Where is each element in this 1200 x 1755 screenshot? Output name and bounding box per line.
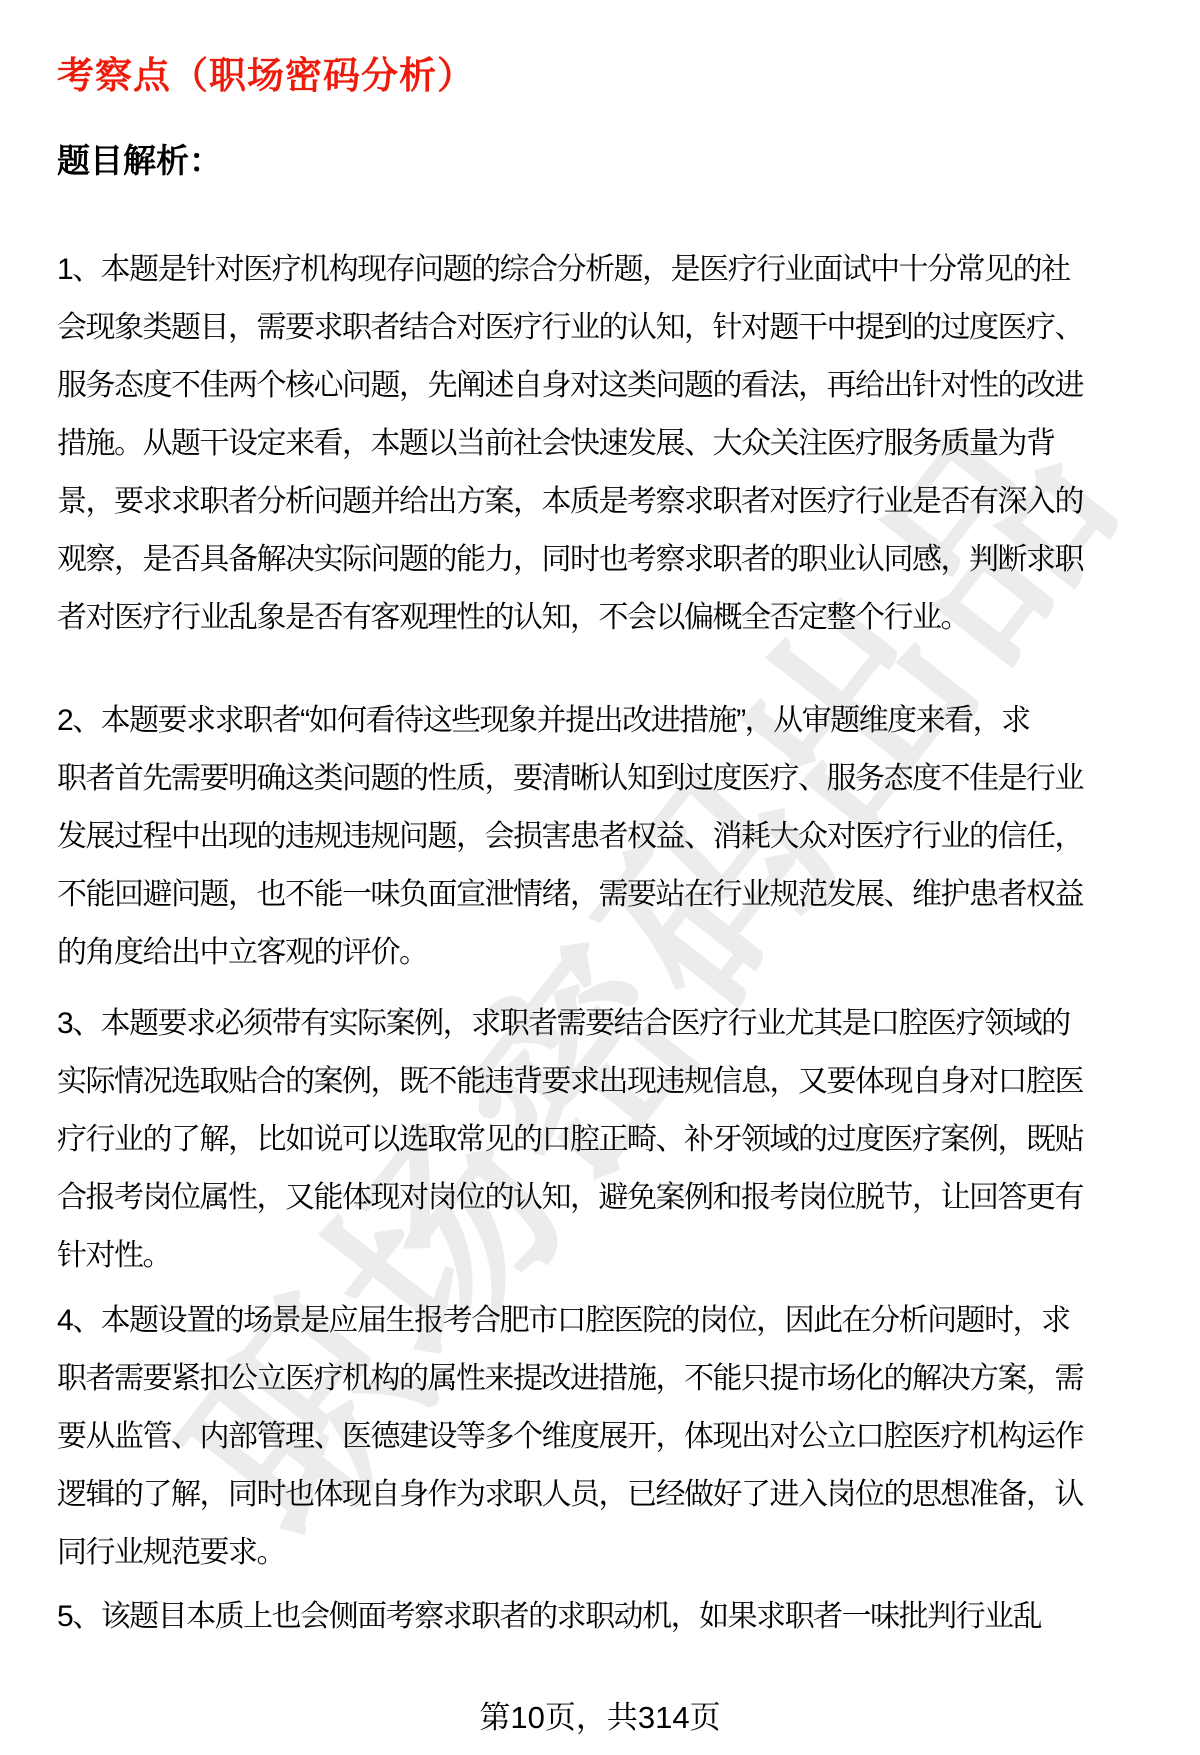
analysis-paragraphs: 1、本题是针对医疗机构现存问题的综合分析题，是医疗行业面试中十分常见的社会现象类…	[57, 241, 1110, 1646]
text-line: 4、本题设置的场景是应届生报考合肥市口腔医院的岗位，因此在分析问题时，求	[57, 1292, 1110, 1350]
text-line: 会现象类题目，需要求职者结合对医疗行业的认知，针对题干中提到的过度医疗、	[57, 299, 1110, 357]
text-line: 要从监管、内部管理、医德建设等多个维度展开，体现出对公立口腔医疗机构运作	[57, 1408, 1110, 1466]
text-line: 5、该题目本质上也会侧面考察求职者的求职动机，如果求职者一味批判行业乱	[57, 1588, 1110, 1646]
text-line: 实际情况选取贴合的案例，既不能违背要求出现违规信息，又要体现自身对口腔医	[57, 1053, 1110, 1111]
paragraph-3: 3、本题要求必须带有实际案例，求职者需要结合医疗行业尤其是口腔医疗领域的实际情况…	[57, 995, 1110, 1285]
analysis-subheading: 题目解析：	[57, 139, 1110, 183]
paragraph-2: 2、本题要求求职者“如何看待这些现象并提出改进措施”，从审题维度来看，求职者首先…	[57, 692, 1110, 982]
paragraph-4: 4、本题设置的场景是应届生报考合肥市口腔医院的岗位，因此在分析问题时，求职者需要…	[57, 1292, 1110, 1582]
text-line: 1、本题是针对医疗机构现存问题的综合分析题，是医疗行业面试中十分常见的社	[57, 241, 1110, 299]
text-line: 同行业规范要求。	[57, 1524, 1110, 1582]
text-line: 措施。从题干设定来看，本题以当前社会快速发展、大众关注医疗服务质量为背	[57, 415, 1110, 473]
page-number-footer: 第10页，共314页	[0, 1699, 1200, 1737]
text-line: 3、本题要求必须带有实际案例，求职者需要结合医疗行业尤其是口腔医疗领域的	[57, 995, 1110, 1053]
page-content: 考察点（职场密码分析） 题目解析： 1、本题是针对医疗机构现存问题的综合分析题，…	[0, 0, 1200, 1646]
text-line: 不能回避问题，也不能一味负面宣泄情绪，需要站在行业规范发展、维护患者权益	[57, 866, 1110, 924]
text-line: 2、本题要求求职者“如何看待这些现象并提出改进措施”，从审题维度来看，求	[57, 692, 1110, 750]
text-line: 观察，是否具备解决实际问题的能力，同时也考察求职者的职业认同感，判断求职	[57, 531, 1110, 589]
text-line: 针对性。	[57, 1227, 1110, 1285]
text-line: 逻辑的了解，同时也体现自身作为求职人员，已经做好了进入岗位的思想准备，认	[57, 1466, 1110, 1524]
text-line: 服务态度不佳两个核心问题，先阐述自身对这类问题的看法，再给出针对性的改进	[57, 357, 1110, 415]
text-line: 疗行业的了解，比如说可以选取常见的口腔正畸、补牙领域的过度医疗案例，既贴	[57, 1111, 1110, 1169]
section-heading: 考察点（职场密码分析）	[57, 53, 1110, 99]
text-line: 者对医疗行业乱象是否有客观理性的认知，不会以偏概全否定整个行业。	[57, 589, 1110, 647]
paragraph-5: 5、该题目本质上也会侧面考察求职者的求职动机，如果求职者一味批判行业乱	[57, 1588, 1110, 1646]
text-line: 景，要求求职者分析问题并给出方案，本质是考察求职者对医疗行业是否有深入的	[57, 473, 1110, 531]
text-line: 合报考岗位属性，又能体现对岗位的认知，避免案例和报考岗位脱节，让回答更有	[57, 1169, 1110, 1227]
document-page: 职场密码出品 考察点（职场密码分析） 题目解析： 1、本题是针对医疗机构现存问题…	[0, 0, 1200, 1755]
text-line: 发展过程中出现的违规违规问题，会损害患者权益、消耗大众对医疗行业的信任，	[57, 808, 1110, 866]
text-line: 职者需要紧扣公立医疗机构的属性来提改进措施，不能只提市场化的解决方案，需	[57, 1350, 1110, 1408]
text-line: 的角度给出中立客观的评价。	[57, 924, 1110, 982]
paragraph-1: 1、本题是针对医疗机构现存问题的综合分析题，是医疗行业面试中十分常见的社会现象类…	[57, 241, 1110, 647]
text-line: 职者首先需要明确这类问题的性质，要清晰认知到过度医疗、服务态度不佳是行业	[57, 750, 1110, 808]
